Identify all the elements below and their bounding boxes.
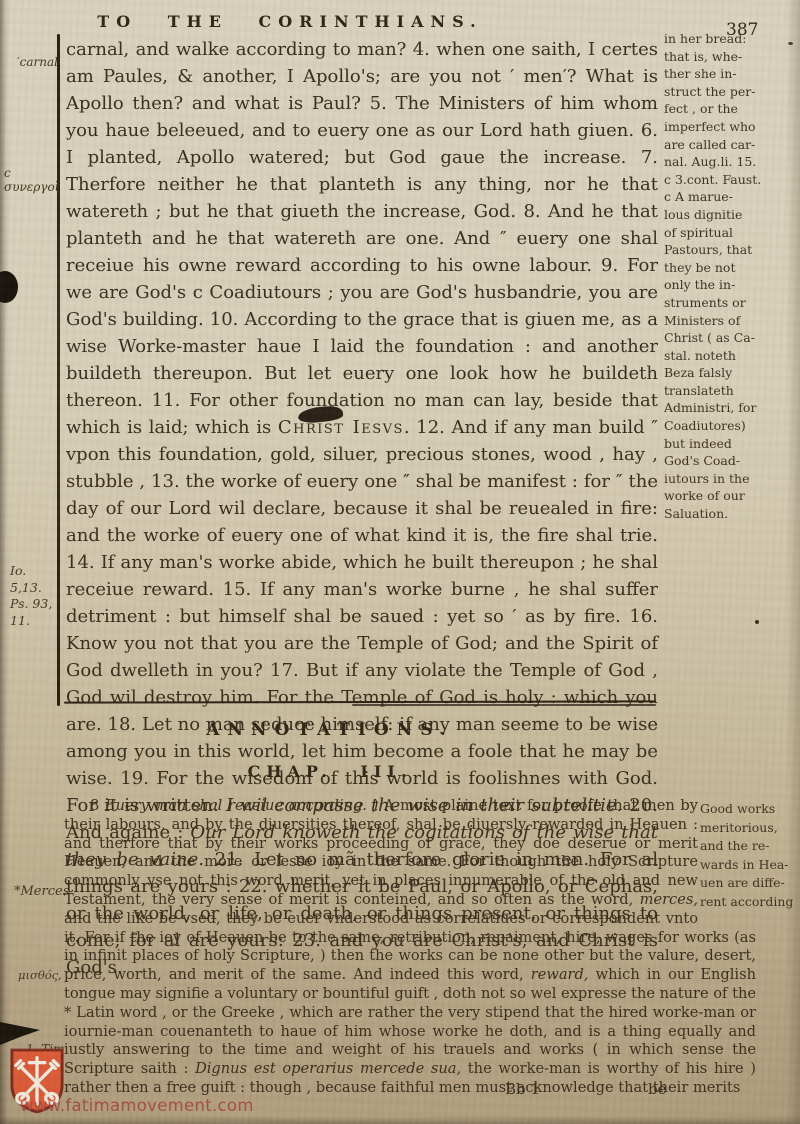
annotation-side-note: Good works meritorious, and the re- ward…: [700, 800, 796, 912]
margin-note-greek-misthos: μισθός,: [18, 968, 70, 982]
watermark-url-text: www.fatimamovement.com: [20, 1096, 254, 1115]
annotations-heading: ANNOTATIONS.: [180, 720, 480, 740]
margin-note-merces: *Merces: [14, 884, 66, 899]
section-divider-rule-overstroke: [352, 704, 656, 706]
running-header-title: TO THE CORINTHIANS.: [60, 12, 520, 31]
annotation-text-body: 8 Euery man shal receiue according. ) A …: [64, 797, 756, 1098]
margin-note-greek-synergoi: c συνεργοὶ: [4, 166, 58, 194]
margin-notes-right-column: in her bread: that is, whe- ther she in-…: [664, 30, 796, 523]
chapter-heading: CHAP. III.: [180, 762, 480, 781]
margin-note-carnal: ′carnal: [8, 55, 58, 69]
catchword: be: [648, 1080, 666, 1098]
scan-edge-left: [0, 0, 10, 1124]
margin-note-scripture-citations: Io. 5,13. Ps. 93, 11.: [10, 563, 58, 629]
scan-edge-bottom: [0, 1116, 800, 1124]
scan-edge-right: [786, 0, 800, 1124]
printer-signature-mark: Bb 1: [505, 1080, 540, 1098]
scanned-book-page: TO THE CORINTHIANS. 387 ′carnal c συνεργ…: [0, 0, 800, 1124]
annotation-rich-text: 8 Euery man shal receiue according. ) A …: [64, 797, 756, 1096]
scan-speck: [755, 620, 759, 624]
